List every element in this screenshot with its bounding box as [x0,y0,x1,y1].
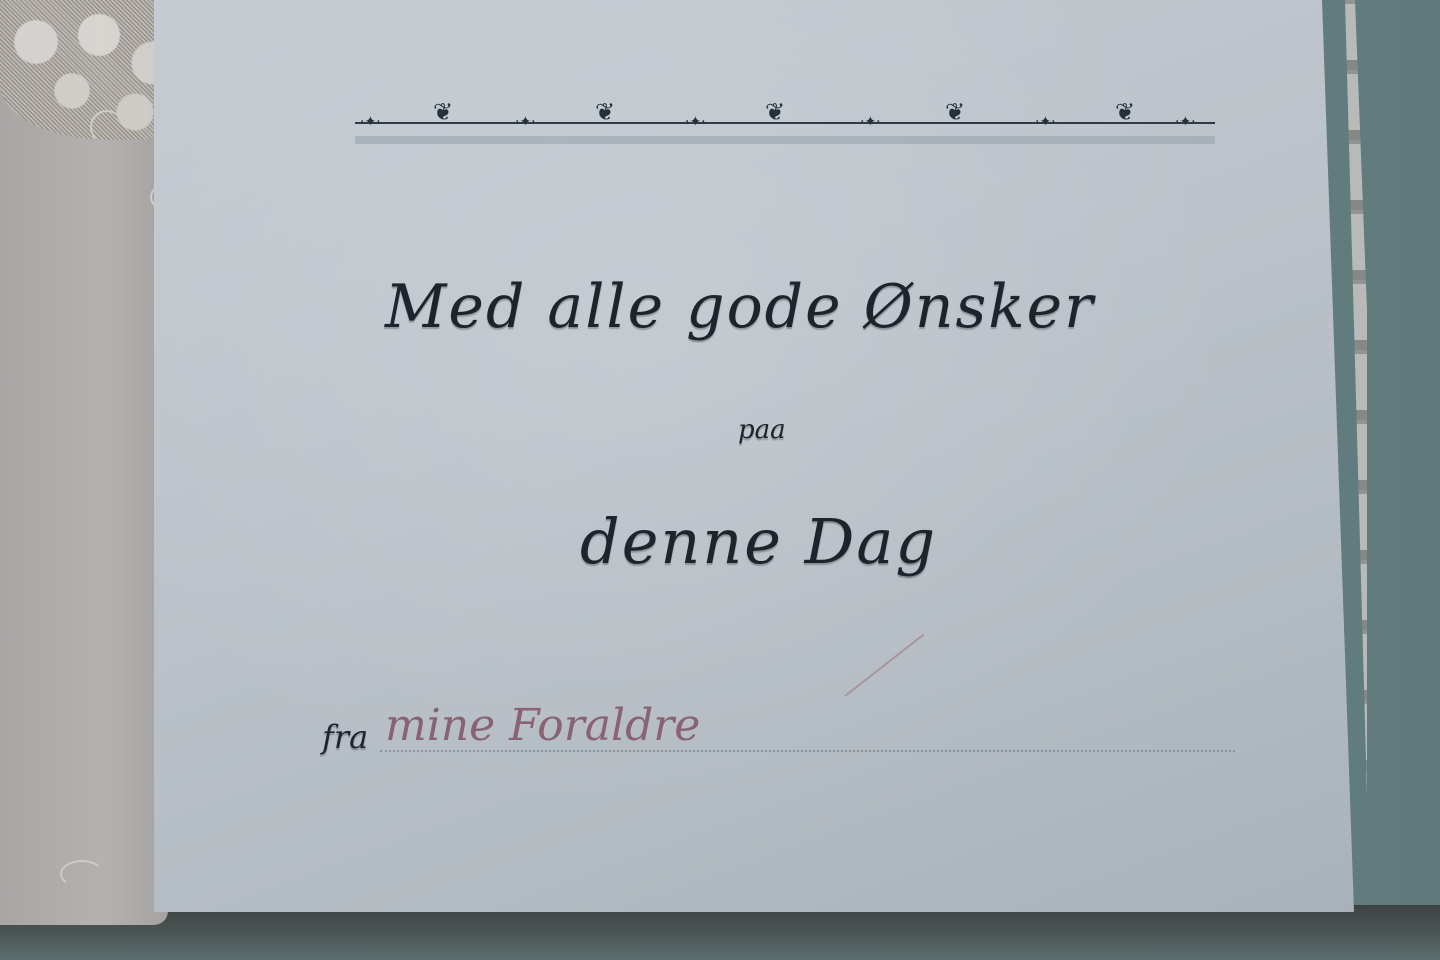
fan-ornament-icon: ❦ [433,98,453,126]
fan-ornament-icon: ❦ [595,98,615,126]
fan-ornament-icon: ❦ [765,98,785,126]
dot-ornament-icon: ·✦· [1035,114,1056,130]
dot-ornament-icon: ·✦· [860,114,881,130]
fan-ornament-icon: ❦ [945,98,965,126]
fan-ornament-icon: ❦ [1115,98,1135,126]
decorative-border: ❦ ❦ ❦ ❦ ❦ ·✦· ·✦· ·✦· ·✦· ·✦· ·✦· [355,98,1215,146]
emboss-curl-icon [90,110,124,144]
left-card-page [0,0,168,925]
greeting-subtitle: denne Dag [580,505,937,578]
greeting-title: Med alle gode Ønsker [385,272,1095,342]
from-label: fra [322,718,368,756]
ornament-band [355,136,1215,144]
card-shadow [0,905,1440,960]
emboss-curl-icon [60,860,104,888]
dot-ornament-icon: ·✦· [1175,114,1196,130]
dot-ornament-icon: ·✦· [515,114,536,130]
greeting-connector: paa [738,415,786,445]
dot-ornament-icon: ·✦· [685,114,706,130]
embossed-lace-pattern [0,0,180,140]
handwritten-signature: mine Foraldre [385,700,700,751]
dot-ornament-icon: ·✦· [360,114,381,130]
